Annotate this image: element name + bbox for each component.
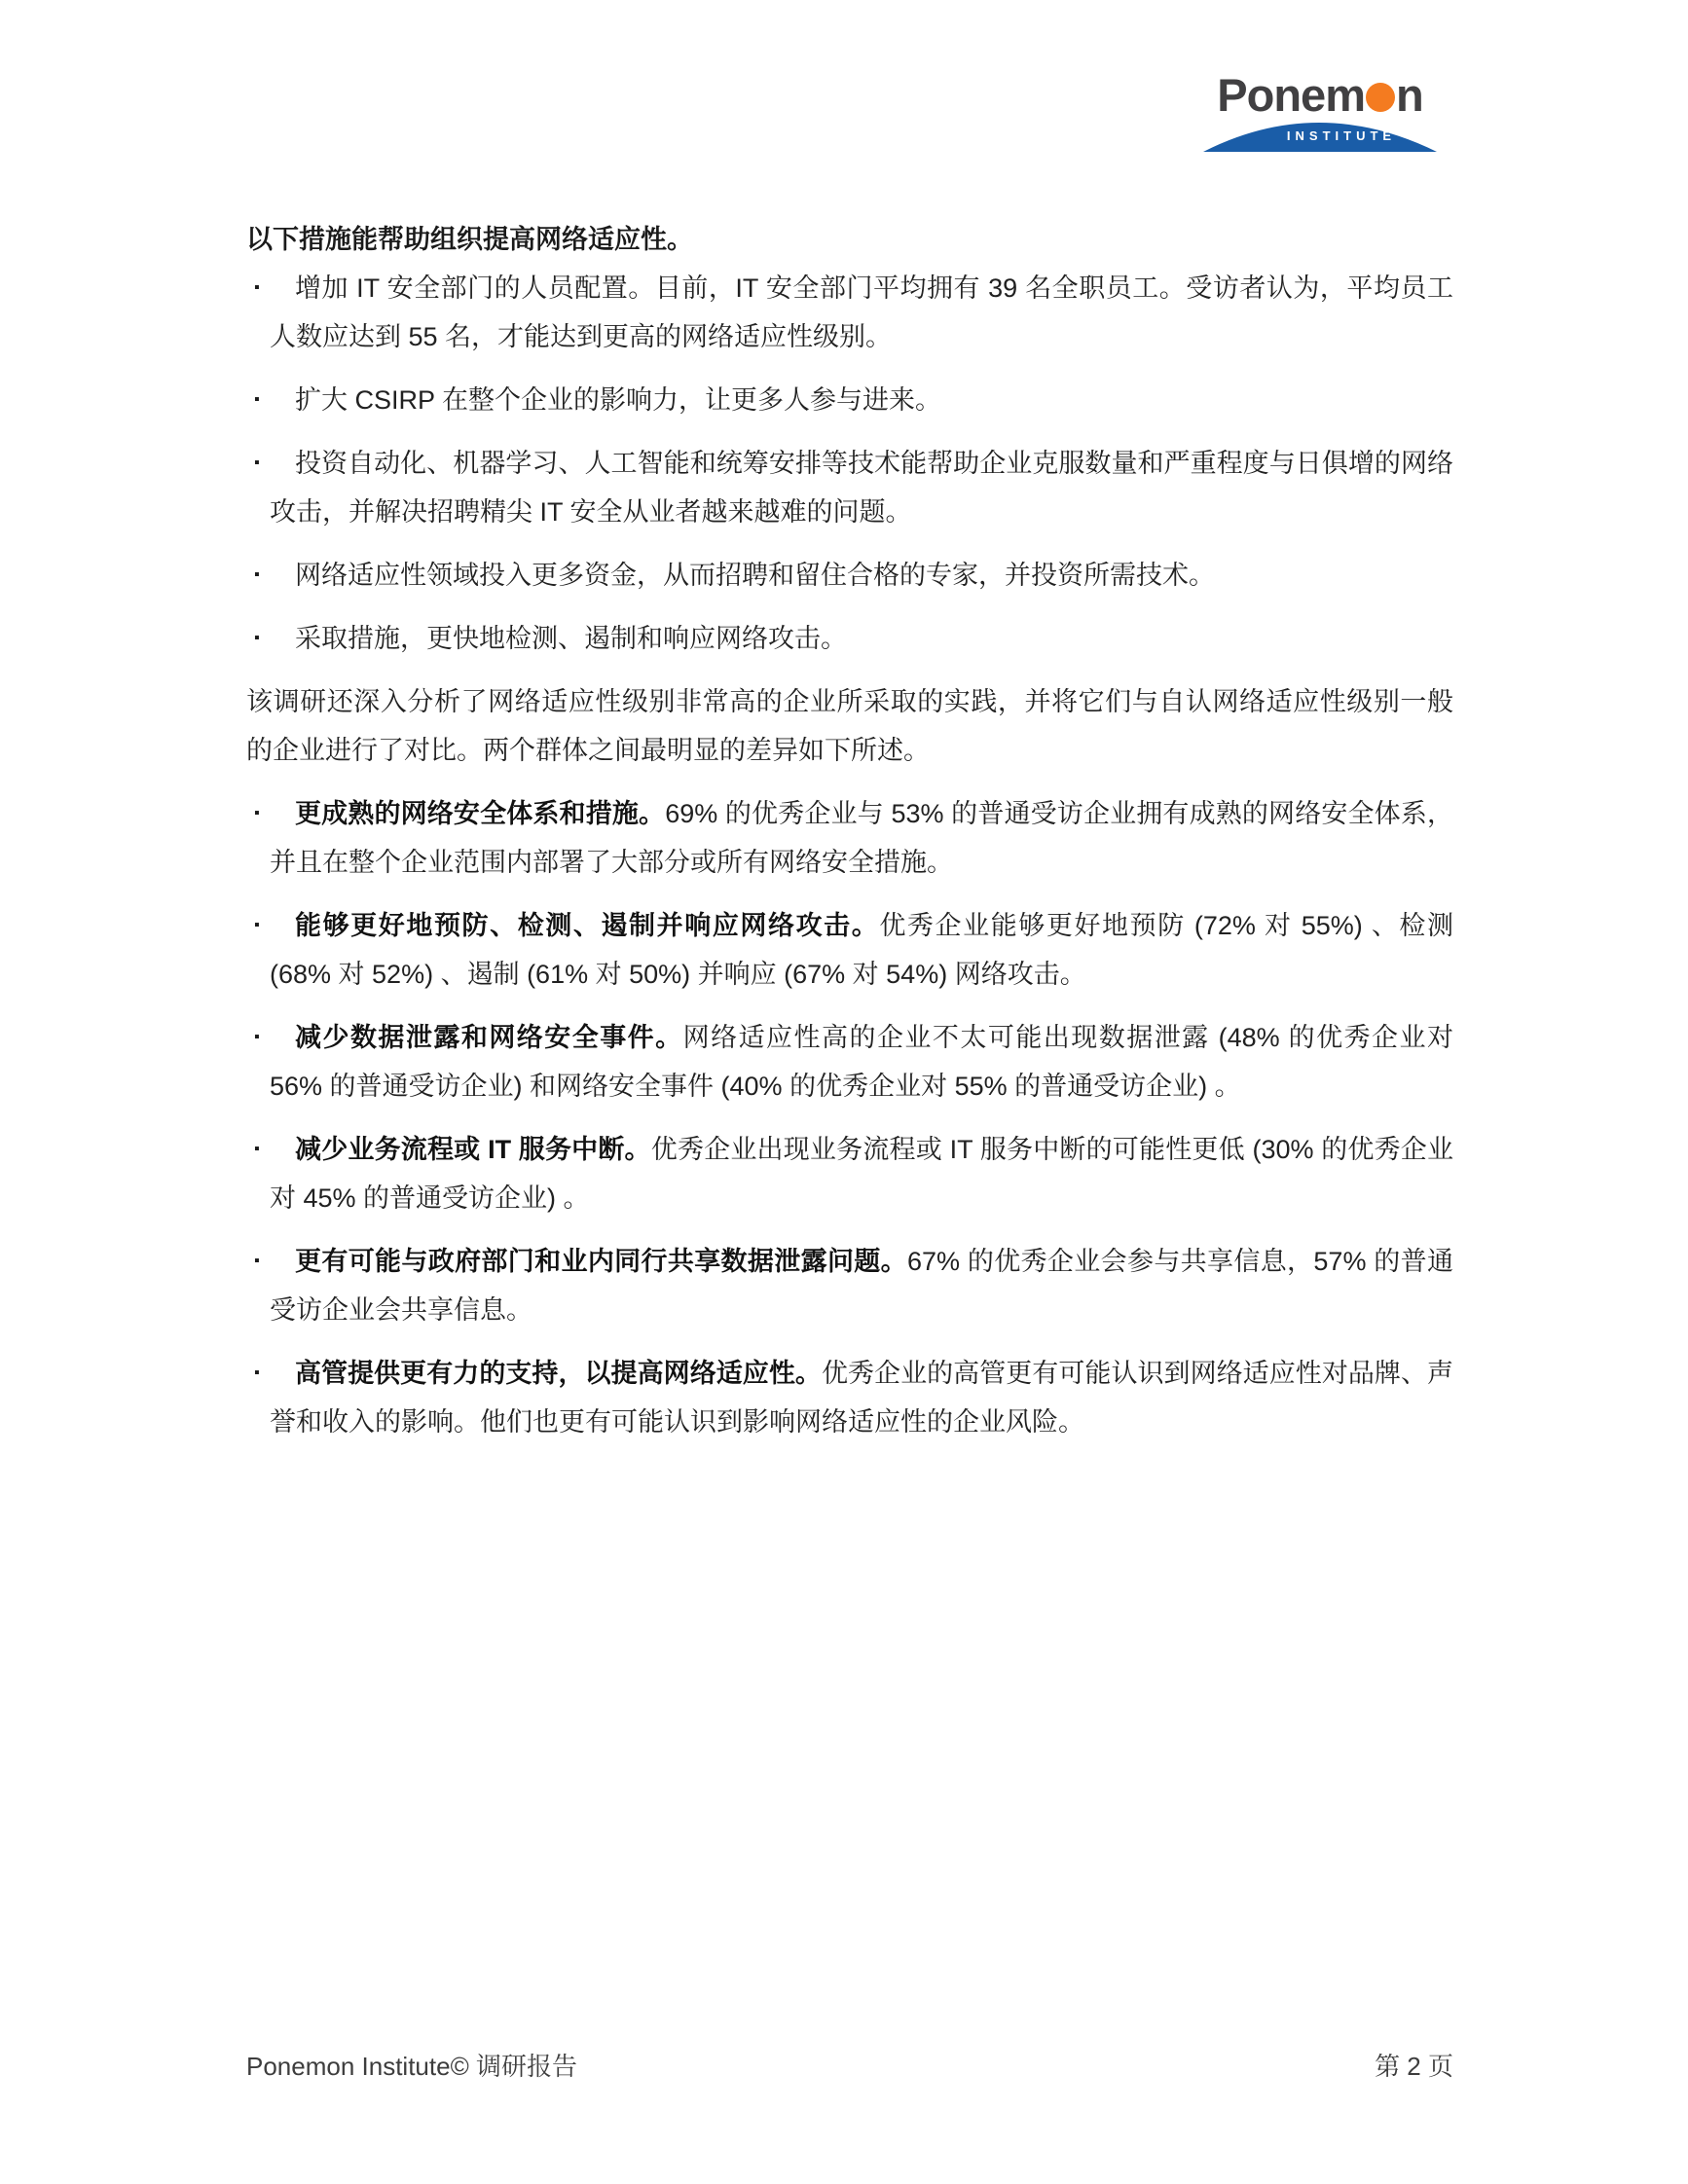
ponemon-logo: Ponemn INSTITUTE [1203,72,1437,152]
logo-orange-dot-icon [1366,83,1395,112]
list-item-text: 更成熟的网络安全体系和措施。69% 的优秀企业与 53% 的普通受访企业拥有成熟… [270,789,1453,887]
list-item-lead: 高管提供更有力的支持，以提高网络适应性。 [295,1359,822,1388]
list-item-text: 高管提供更有力的支持，以提高网络适应性。优秀企业的高管更有可能认识到网络适应性对… [270,1349,1453,1446]
logo-wordmark-post: n [1396,69,1423,121]
list-item-text: 减少业务流程或 IT 服务中断。优秀企业出现业务流程或 IT 服务中断的可能性更… [270,1125,1453,1222]
list-item: ▪ 网络适应性领域投入更多资金，从而招聘和留住合格的专家，并投资所需技术。 [246,551,1453,600]
bullet-icon: ▪ [254,439,260,488]
list-item-lead: 减少业务流程或 IT 服务中断。 [295,1135,651,1164]
bullet-icon: ▪ [254,376,260,424]
bullet-icon: ▪ [254,901,260,950]
list-item-text: 更有可能与政府部门和业内同行共享数据泄露问题。67% 的优秀企业会参与共享信息，… [270,1237,1453,1334]
list-item: ▪ 采取措施，更快地检测、遏制和响应网络攻击。 [246,614,1453,663]
action-bullet-list: ▪ 增加 IT 安全部门的人员配置。目前，IT 安全部门平均拥有 39 名全职员… [246,264,1453,663]
list-item-text: 能够更好地预防、检测、遏制并响应网络攻击。优秀企业能够更好地预防 (72% 对 … [270,901,1453,999]
bullet-icon: ▪ [254,264,260,312]
list-item-text: 投资自动化、机器学习、人工智能和统筹安排等技术能帮助企业克服数量和严重程度与日俱… [270,439,1453,536]
list-item: ▪ 减少数据泄露和网络安全事件。网络适应性高的企业不太可能出现数据泄露 (48%… [246,1013,1453,1110]
logo-institute-label: INSTITUTE [1246,129,1437,142]
list-item: ▪ 扩大 CSIRP 在整个企业的影响力，让更多人参与进来。 [246,376,1453,424]
list-item: ▪ 更有可能与政府部门和业内同行共享数据泄露问题。67% 的优秀企业会参与共享信… [246,1237,1453,1334]
document-body: 以下措施能帮助组织提高网络适应性。 ▪ 增加 IT 安全部门的人员配置。目前，I… [246,215,1453,1461]
list-item-text: 增加 IT 安全部门的人员配置。目前，IT 安全部门平均拥有 39 名全职员工。… [270,264,1453,361]
list-item: ▪ 增加 IT 安全部门的人员配置。目前，IT 安全部门平均拥有 39 名全职员… [246,264,1453,361]
bullet-icon: ▪ [254,1013,260,1062]
bullet-icon: ▪ [254,1125,260,1174]
list-item: ▪ 更成熟的网络安全体系和措施。69% 的优秀企业与 53% 的普通受访企业拥有… [246,789,1453,887]
bullet-icon: ▪ [254,551,260,600]
list-item-text: 扩大 CSIRP 在整个企业的影响力，让更多人参与进来。 [270,376,1453,424]
list-item: ▪ 高管提供更有力的支持，以提高网络适应性。优秀企业的高管更有可能认识到网络适应… [246,1349,1453,1446]
comparison-bullet-list: ▪ 更成熟的网络安全体系和措施。69% 的优秀企业与 53% 的普通受访企业拥有… [246,789,1453,1446]
list-item-lead: 更有可能与政府部门和业内同行共享数据泄露问题。 [295,1247,907,1276]
list-item-text: 采取措施，更快地检测、遏制和响应网络攻击。 [270,614,1453,663]
bullet-icon: ▪ [254,1349,260,1398]
list-item: ▪ 投资自动化、机器学习、人工智能和统筹安排等技术能帮助企业克服数量和严重程度与… [246,439,1453,536]
comparison-intro-paragraph: 该调研还深入分析了网络适应性级别非常高的企业所采取的实践，并将它们与自认网络适应… [246,677,1453,775]
footer-page-number: 第 2 页 [1375,2047,1453,2086]
logo-wordmark-pre: Ponem [1217,69,1365,121]
list-item-lead: 减少数据泄露和网络安全事件。 [295,1023,683,1052]
footer-report-label: Ponemon Institute© 调研报告 [246,2047,577,2086]
section-heading: 以下措施能帮助组织提高网络适应性。 [246,215,1453,264]
list-item-text: 网络适应性领域投入更多资金，从而招聘和留住合格的专家，并投资所需技术。 [270,551,1453,600]
list-item-lead: 更成熟的网络安全体系和措施。 [295,799,665,828]
list-item-lead: 能够更好地预防、检测、遏制并响应网络攻击。 [295,911,879,940]
list-item: ▪ 减少业务流程或 IT 服务中断。优秀企业出现业务流程或 IT 服务中断的可能… [246,1125,1453,1222]
bullet-icon: ▪ [254,789,260,838]
list-item-text: 减少数据泄露和网络安全事件。网络适应性高的企业不太可能出现数据泄露 (48% 的… [270,1013,1453,1110]
bullet-icon: ▪ [254,1237,260,1286]
list-item: ▪ 能够更好地预防、检测、遏制并响应网络攻击。优秀企业能够更好地预防 (72% … [246,901,1453,999]
bullet-icon: ▪ [254,614,260,663]
document-page: Ponemn INSTITUTE 以下措施能帮助组织提高网络适应性。 ▪ 增加 … [0,0,1688,2184]
logo-wordmark: Ponemn [1203,72,1437,118]
